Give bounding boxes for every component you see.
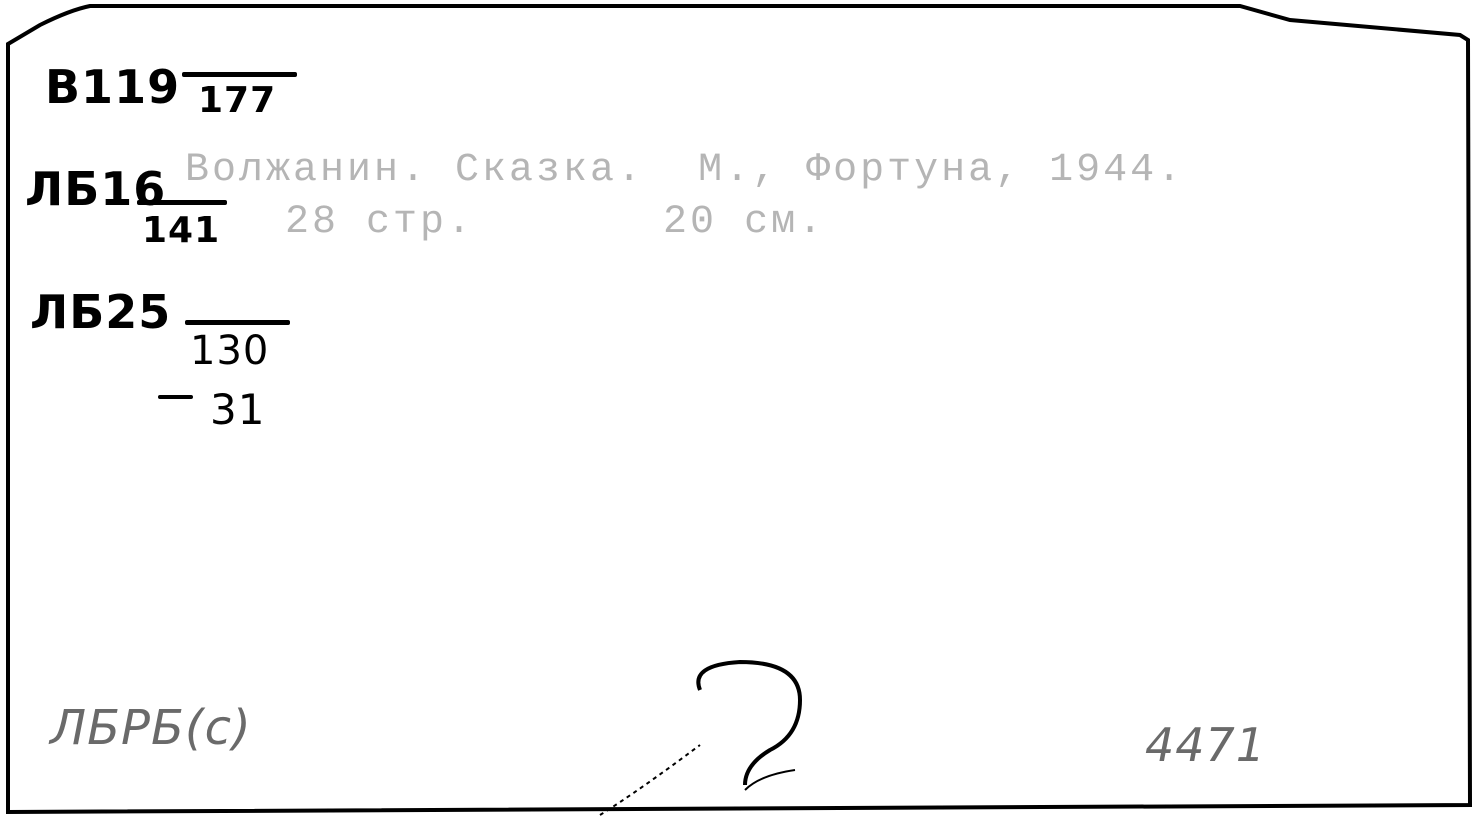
shelfmark-code-3: ЛБ25 (30, 285, 171, 339)
fraction-line-3 (185, 320, 290, 325)
catalog-card: В119 177 ЛБ16 141 ЛБ25 130 31 Волжанин. … (0, 0, 1478, 817)
bottom-left-note: ЛБРБ(с) (50, 700, 252, 756)
fraction-line-2 (137, 200, 227, 205)
bibliographic-line-1: Волжанин. Сказка. М., Фортуна, 1944. (185, 148, 1184, 193)
dash-mark (158, 395, 193, 399)
bibliographic-line-2: 28 стр. 20 см. (285, 200, 825, 245)
fraction-line-1 (182, 72, 297, 77)
signature-stroke (698, 662, 800, 785)
shelfmark-denominator-1: 177 (198, 80, 276, 121)
shelfmark-denominator-3: 130 (190, 328, 269, 374)
shelfmark-code-2: ЛБ16 (25, 162, 166, 216)
shelfmark-denominator-2: 141 (142, 210, 220, 251)
inventory-number: 4471 (1145, 718, 1266, 772)
shelfmark-code-1: В119 (45, 60, 180, 114)
shelfmark-extra-3: 31 (210, 385, 265, 434)
